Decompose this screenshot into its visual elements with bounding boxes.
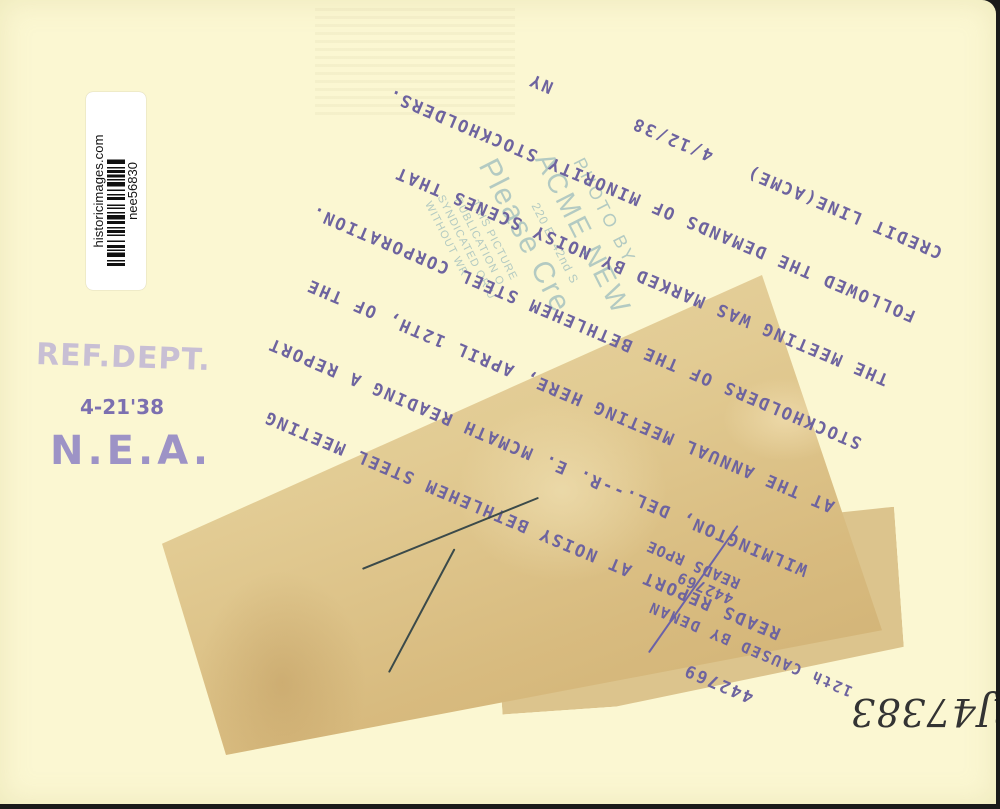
barcode-sticker: historicimages.com nee56830: [86, 92, 146, 290]
photo-back: historicimages.com nee56830 REF.DEPT. 4-…: [0, 0, 996, 804]
handwritten-number: RJ47383: [850, 690, 996, 734]
sticker-code: nee56830: [126, 162, 140, 220]
barcode-icon: [107, 116, 125, 266]
sticker-site: historicimages.com: [92, 134, 106, 247]
clipping-note: 12th: [808, 667, 856, 701]
date-stamp: 4-21'38: [80, 395, 164, 419]
ref-dept-stamp: REF.DEPT.: [35, 337, 211, 378]
